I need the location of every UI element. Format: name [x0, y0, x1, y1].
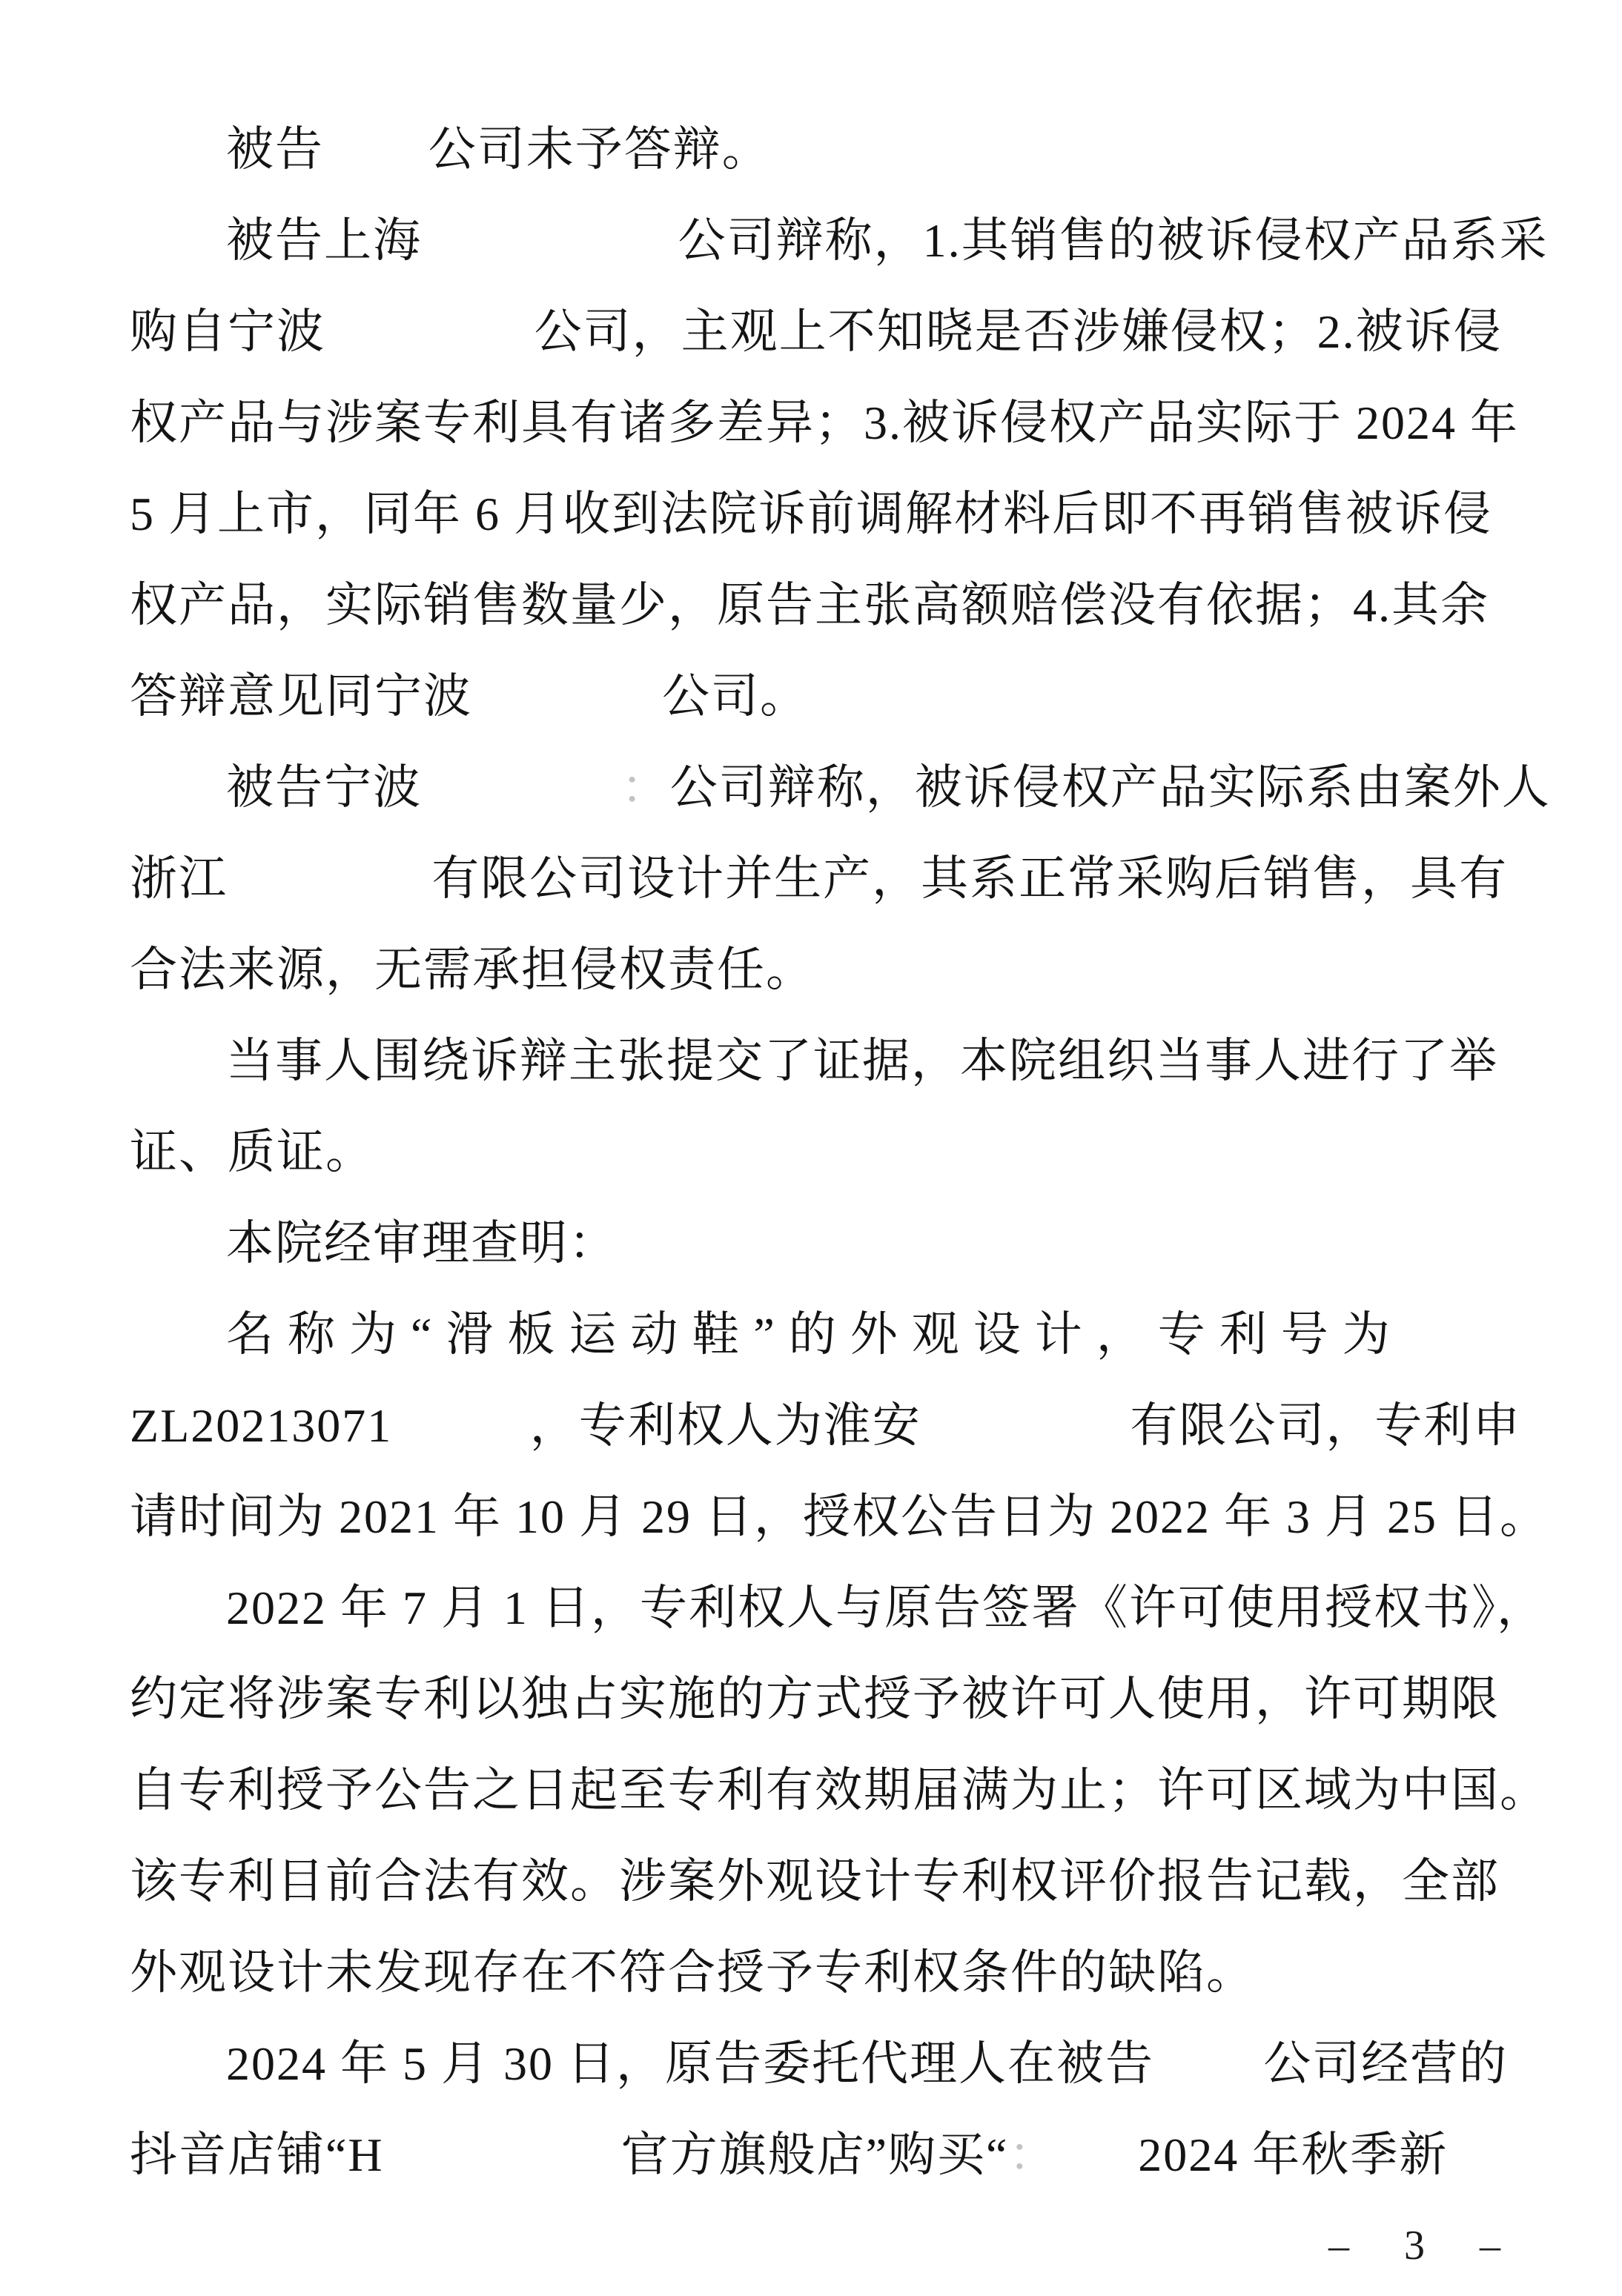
redaction-gap: [228, 894, 431, 895]
text-segment: 公司经营的: [1263, 2037, 1508, 2090]
page-number: – 3 –: [1328, 2222, 1512, 2269]
text-segment: ZL20213071: [130, 1399, 392, 1452]
text-segment: 官方旗般店”购买“: [621, 2129, 1009, 2181]
text-segment: 证、质证。: [130, 1126, 374, 1178]
text-segment: 被告上海: [226, 214, 422, 267]
text-segment: 答辩意见同宁波: [130, 670, 472, 723]
redaction-gap: [422, 256, 678, 256]
text-segment: 权产品与涉案专利具有诸多差异；3.被诉侵权产品实际于 2024 年: [130, 397, 1519, 449]
redaction-gap: [1154, 2079, 1263, 2080]
text-line: 2022 年 7 月 1 日，专利权人与原告签署《许可使用授权书》，: [130, 1562, 1496, 1653]
text-line: 该专利目前合法有效。涉案外观设计专利权评价报告记载，全部: [130, 1836, 1496, 1927]
text-segment: 2024 年秋季新: [1138, 2129, 1448, 2181]
text-line: 被告上海公司辩称，1.其销售的被诉侵权产品系采: [130, 195, 1496, 286]
text-segment: 公司。: [662, 670, 809, 723]
text-segment: 当事人围绕诉辩主张提交了证据，本院组织当事人进行了举: [226, 1035, 1498, 1087]
text-line: 被告宁波：公司辩称，被诉侵权产品实际系由案外人: [130, 742, 1496, 833]
redaction-gap: [921, 1441, 1131, 1441]
text-segment: 本院经审理查明：: [226, 1217, 618, 1270]
text-line: 外观设计未发现存在不符合授予专利权条件的缺陷。: [130, 1927, 1496, 2018]
text-line: 自专利授予公告之日起至专利有效期届满为止；许可区域为中国。: [130, 1745, 1496, 1836]
text-line: 答辩意见同宁波公司。: [130, 651, 1496, 742]
text-segment: 该专利目前合法有效。涉案外观设计专利权评价报告记载，全部: [130, 1855, 1500, 1908]
text-line: 当事人围绕诉辩主张提交了证据，本院组织当事人进行了举: [130, 1015, 1496, 1106]
text-segment: 抖音店铺“H: [130, 2129, 384, 2181]
redaction-gap: [325, 347, 534, 348]
text-segment: 请时间为 2021 年 10 月 29 日，授权公告日为 2022 年 3 月 …: [130, 1490, 1549, 1543]
text-segment: 合法来源，无需承担侵权责任。: [130, 943, 815, 996]
text-segment: 约定将涉案专利以独占实施的方式授予被许可人使用，许可期限: [130, 1673, 1500, 1725]
text-segment: 公司辩称，1.其销售的被诉侵权产品系采: [678, 214, 1549, 267]
text-segment: 被告: [226, 123, 324, 176]
text-line: 请时间为 2021 年 10 月 29 日，授权公告日为 2022 年 3 月 …: [130, 1471, 1496, 1562]
text-line: 5 月上市，同年 6 月收到法院诉前调解材料后即不再销售被诉侵: [130, 468, 1496, 560]
text-line: 合法来源，无需承担侵权责任。: [130, 924, 1496, 1015]
text-line: 本院经审理查明：: [130, 1198, 1496, 1289]
faint-redaction-mark: ：: [1008, 2129, 1057, 2181]
text-line: 2024 年 5 月 30 日，原告委托代理人在被告公司经营的: [130, 2018, 1496, 2109]
text-segment: 被告宁波: [226, 761, 422, 814]
text-segment: 公司未予答辩。: [428, 123, 771, 176]
document-page: 被告公司未予答辩。被告上海公司辩称，1.其销售的被诉侵权产品系采购自宁波公司，主…: [0, 0, 1622, 2296]
redaction-gap: [1057, 2170, 1138, 2171]
text-segment: 权产品，实际销售数量少，原告主张高额赔偿没有依据；4.其余: [130, 579, 1489, 631]
text-segment: 外观设计未发现存在不符合授予专利权条件的缺陷。: [130, 1946, 1255, 1999]
text-line: 被告公司未予答辩。: [130, 104, 1496, 195]
redaction-gap: [384, 2170, 621, 2171]
text-segment: 有限公司设计并生产，其系正常采购后销售，具有: [431, 852, 1508, 905]
text-line: 抖音店铺“H官方旗般店”购买“：2024 年秋季新: [130, 2109, 1496, 2200]
text-line: 约定将涉案专利以独占实施的方式授予被许可人使用，许可期限: [130, 1653, 1496, 1745]
text-line: 权产品与涉案专利具有诸多差异；3.被诉侵权产品实际于 2024 年: [130, 377, 1496, 468]
text-segment: 购自宁波: [130, 305, 325, 358]
text-segment: 2022 年 7 月 1 日，专利权人与原告签署《许可使用授权书》，: [226, 1582, 1546, 1634]
text-segment: ，专利权人为淮安: [530, 1399, 921, 1452]
text-segment: 公司辩称，被诉侵权产品实际系由案外人: [670, 761, 1551, 814]
redaction-gap: [324, 165, 428, 165]
text-segment: 有限公司，专利申: [1130, 1399, 1521, 1452]
text-line: ZL20213071，专利权人为淮安有限公司，专利申: [130, 1380, 1496, 1471]
text-segment: 公司，主观上不知晓是否涉嫌侵权；2.被诉侵: [534, 305, 1503, 358]
text-segment: 浙江: [130, 852, 228, 905]
text-segment: 2024 年 5 月 30 日，原告委托代理人在被告: [226, 2037, 1154, 2090]
redaction-gap: [472, 711, 662, 712]
redaction-gap: [422, 803, 621, 803]
text-line: 权产品，实际销售数量少，原告主张高额赔偿没有依据；4.其余: [130, 560, 1496, 651]
text-line: 证、质证。: [130, 1106, 1496, 1198]
text-segment: 自专利授予公告之日起至专利有效期届满为止；许可区域为中国。: [130, 1764, 1549, 1816]
text-line: 名称为“滑板运动鞋”的外观设计，专利号为: [130, 1289, 1496, 1380]
text-segment: 名称为“滑板运动鞋”的外观设计，专利号为: [226, 1308, 1404, 1361]
text-segment: 5 月上市，同年 6 月收到法院诉前调解材料后即不再销售被诉侵: [130, 488, 1492, 540]
redaction-gap: [392, 1441, 530, 1441]
faint-redaction-mark: ：: [621, 761, 670, 814]
document-body: 被告公司未予答辩。被告上海公司辩称，1.其销售的被诉侵权产品系采购自宁波公司，主…: [0, 0, 1622, 2200]
text-line: 购自宁波公司，主观上不知晓是否涉嫌侵权；2.被诉侵: [130, 286, 1496, 377]
text-line: 浙江有限公司设计并生产，其系正常采购后销售，具有: [130, 833, 1496, 924]
